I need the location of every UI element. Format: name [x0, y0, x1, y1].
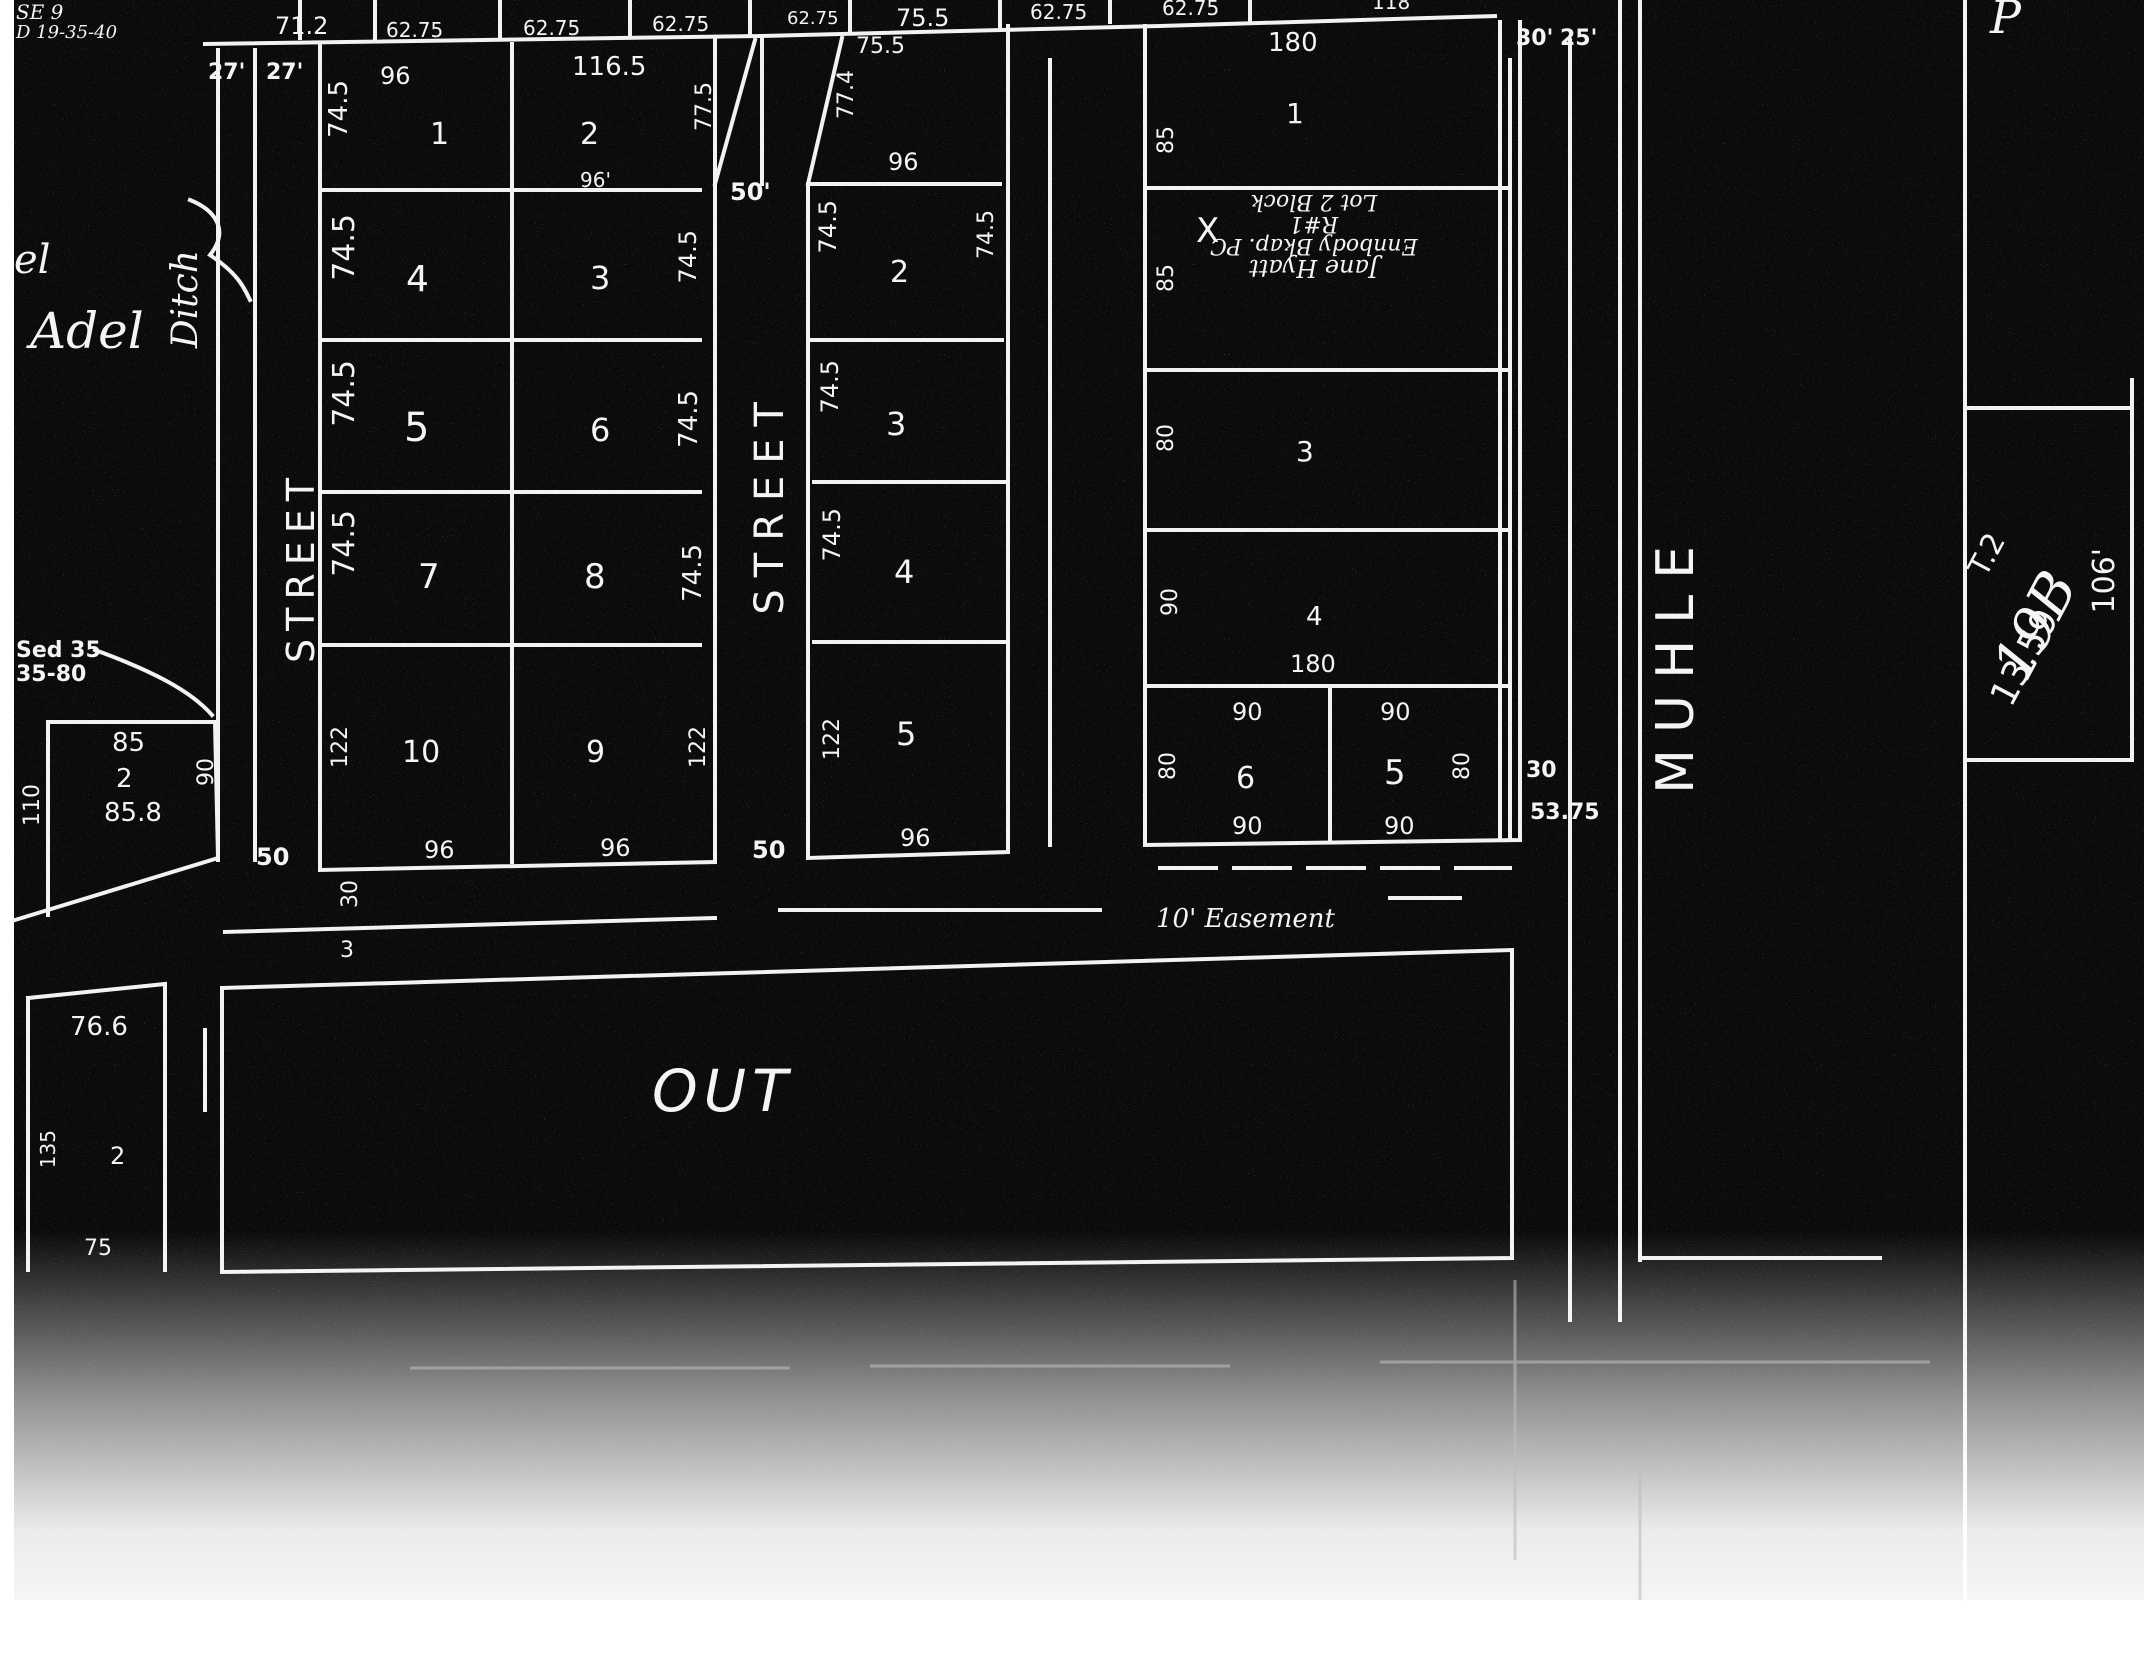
- east-dim: 53.75: [1530, 802, 1600, 824]
- place-label-adel: Adel: [30, 306, 144, 356]
- plat-map-linework: [0, 0, 2144, 1664]
- easement-label: 10' Easement: [1156, 906, 1335, 932]
- lot-number: 10: [402, 738, 440, 768]
- lot-side-dim: 77.4: [836, 70, 858, 119]
- outlot-label: OUT: [652, 1062, 794, 1120]
- frontage-label: 62.75: [523, 18, 580, 38]
- corner-dim: 27': [266, 62, 303, 84]
- lot-side-dim: 80: [1452, 752, 1474, 780]
- lot-number: 4: [894, 556, 914, 588]
- west-note: 35-80: [16, 664, 86, 686]
- lot-side-dim: 80: [1156, 424, 1178, 452]
- lot-number: 3: [590, 262, 610, 294]
- lot-side-dim: 74.5: [820, 508, 844, 561]
- lot-number: 2: [110, 1144, 125, 1168]
- ditch-label: Ditch: [168, 250, 204, 348]
- lot-number: 6: [590, 414, 610, 446]
- corner-dim: 30': [1516, 28, 1553, 50]
- section-note: SE 9: [16, 2, 63, 22]
- note-line: Jane Hyatt: [1210, 256, 1418, 280]
- lot-number: 1: [430, 120, 449, 150]
- lot-number: 3: [886, 408, 906, 440]
- lot-number: 5: [404, 408, 429, 448]
- plat-map-document: 71.2 62.75 62.75 62.75 62.75 75.5 62.75 …: [0, 0, 2144, 1664]
- lot-rear-dim: 180: [1290, 652, 1336, 676]
- lot-side-dim: 135: [38, 1130, 58, 1168]
- east-dim: 30: [1526, 760, 1557, 782]
- lot-front-dim: 96: [380, 64, 411, 88]
- note-line: R#1: [1210, 212, 1418, 234]
- lot-number: 4: [406, 262, 429, 298]
- lot-number: 7: [418, 560, 440, 594]
- lot-front-dim: 76.6: [70, 1014, 128, 1040]
- lot-side-dim: 74.5: [326, 80, 352, 138]
- lot-side-dim: 74.5: [676, 390, 702, 448]
- place-label-fragment: el: [14, 240, 50, 280]
- lot-side-dim: 110: [22, 784, 44, 826]
- frontage-label: 62.75: [652, 14, 709, 34]
- lot-bottom-dim: 96: [900, 826, 931, 850]
- lot-side-dim: 85: [1156, 264, 1178, 292]
- lot-number: 2: [580, 120, 599, 150]
- lot-number: 8: [584, 560, 606, 594]
- lot-number: 1: [1286, 100, 1304, 128]
- street-width: 50: [256, 845, 289, 869]
- note-line: Ennbody Bkap. PC: [1210, 234, 1418, 256]
- inverted-handwritten-note: Jane Hyatt Ennbody Bkap. PC R#1 Lot 2 Bl…: [1210, 190, 1418, 280]
- lot-number: 9: [586, 738, 605, 768]
- lot-front-dim: 116.5: [572, 54, 646, 80]
- street-width: 50: [752, 838, 785, 862]
- lot-rear-dim: 96: [888, 150, 919, 174]
- lot-side-dim: 122: [688, 726, 710, 768]
- lot-side-dim: 74.5: [818, 360, 842, 413]
- street-label-east: MUHLE: [1650, 530, 1702, 794]
- lot-front-dim: 90: [1232, 700, 1263, 724]
- frontage-label: 71.2: [275, 14, 328, 38]
- top-right-fragment: P: [1990, 0, 2021, 40]
- lot-number: 5: [1384, 756, 1406, 790]
- lot-bottom-dim: 75: [84, 1238, 112, 1260]
- lot-front-dim: 75.5: [856, 36, 905, 58]
- lot-side-dim: 77.5: [694, 82, 716, 131]
- lot-front-dim: 90: [1380, 700, 1411, 724]
- lot-number: 4: [1306, 604, 1323, 630]
- corner-dim: 25': [1560, 28, 1597, 50]
- frontage-label: 75.5: [896, 6, 949, 30]
- lot-bottom-dim: 90: [1232, 814, 1263, 838]
- photocopy-washout: [0, 0, 2144, 1664]
- lot-side-dim: 122: [822, 718, 844, 760]
- lot-front-dim: 85: [112, 730, 145, 756]
- lot-bottom-dim: 96: [424, 838, 455, 862]
- lot-rear-dim: 96': [580, 170, 611, 190]
- lot-number: 5: [896, 718, 916, 750]
- lot-side-dim: 90: [1160, 588, 1182, 616]
- lot-side-dim: 90: [196, 758, 218, 786]
- frontage-label: 62.75: [1030, 2, 1087, 22]
- lot-side-dim: 80: [1158, 752, 1180, 780]
- lot-number: 3: [1296, 438, 1314, 466]
- lot-side-dim: 74.5: [816, 200, 840, 253]
- lot-side-dim: 85: [1156, 126, 1178, 154]
- corner-dim: 27': [208, 62, 245, 84]
- lot-bottom-dim: 85.8: [104, 800, 162, 826]
- lot-side-dim: 74.5: [330, 360, 360, 427]
- frontage-label: 62.75: [386, 20, 443, 40]
- street-width: 3: [340, 940, 354, 962]
- frontage-label: 118: [1372, 0, 1410, 12]
- lot-number: 6: [1236, 764, 1255, 794]
- section-note: D 19-35-40: [16, 24, 117, 42]
- east-parcel-side: 106': [2090, 548, 2120, 614]
- lot-front-dim: 180: [1268, 30, 1318, 56]
- frontage-label: 62.75: [787, 10, 839, 28]
- lot-side-dim: 74.5: [676, 230, 700, 283]
- lot-number: 2: [116, 766, 133, 792]
- street-label-west: STREET: [282, 470, 320, 663]
- street-label-center: STREET: [750, 390, 790, 615]
- lot-side-dim: 74.5: [680, 544, 706, 602]
- street-width: 30: [340, 880, 362, 908]
- lot-side-dim: 122: [330, 726, 352, 768]
- lot-bottom-dim: 90: [1384, 814, 1415, 838]
- lot-bottom-dim: 96: [600, 836, 631, 860]
- lot-side-dim: 74.5: [976, 210, 998, 259]
- lot-number: 2: [890, 258, 909, 288]
- lot-side-dim: 74.5: [330, 214, 360, 281]
- lot-side-dim: 74.5: [330, 510, 360, 577]
- frontage-label: 62.75: [1162, 0, 1219, 18]
- west-note: Sed 35: [16, 640, 101, 662]
- street-width: 50': [730, 180, 771, 204]
- note-line: Lot 2 Block: [1210, 190, 1418, 212]
